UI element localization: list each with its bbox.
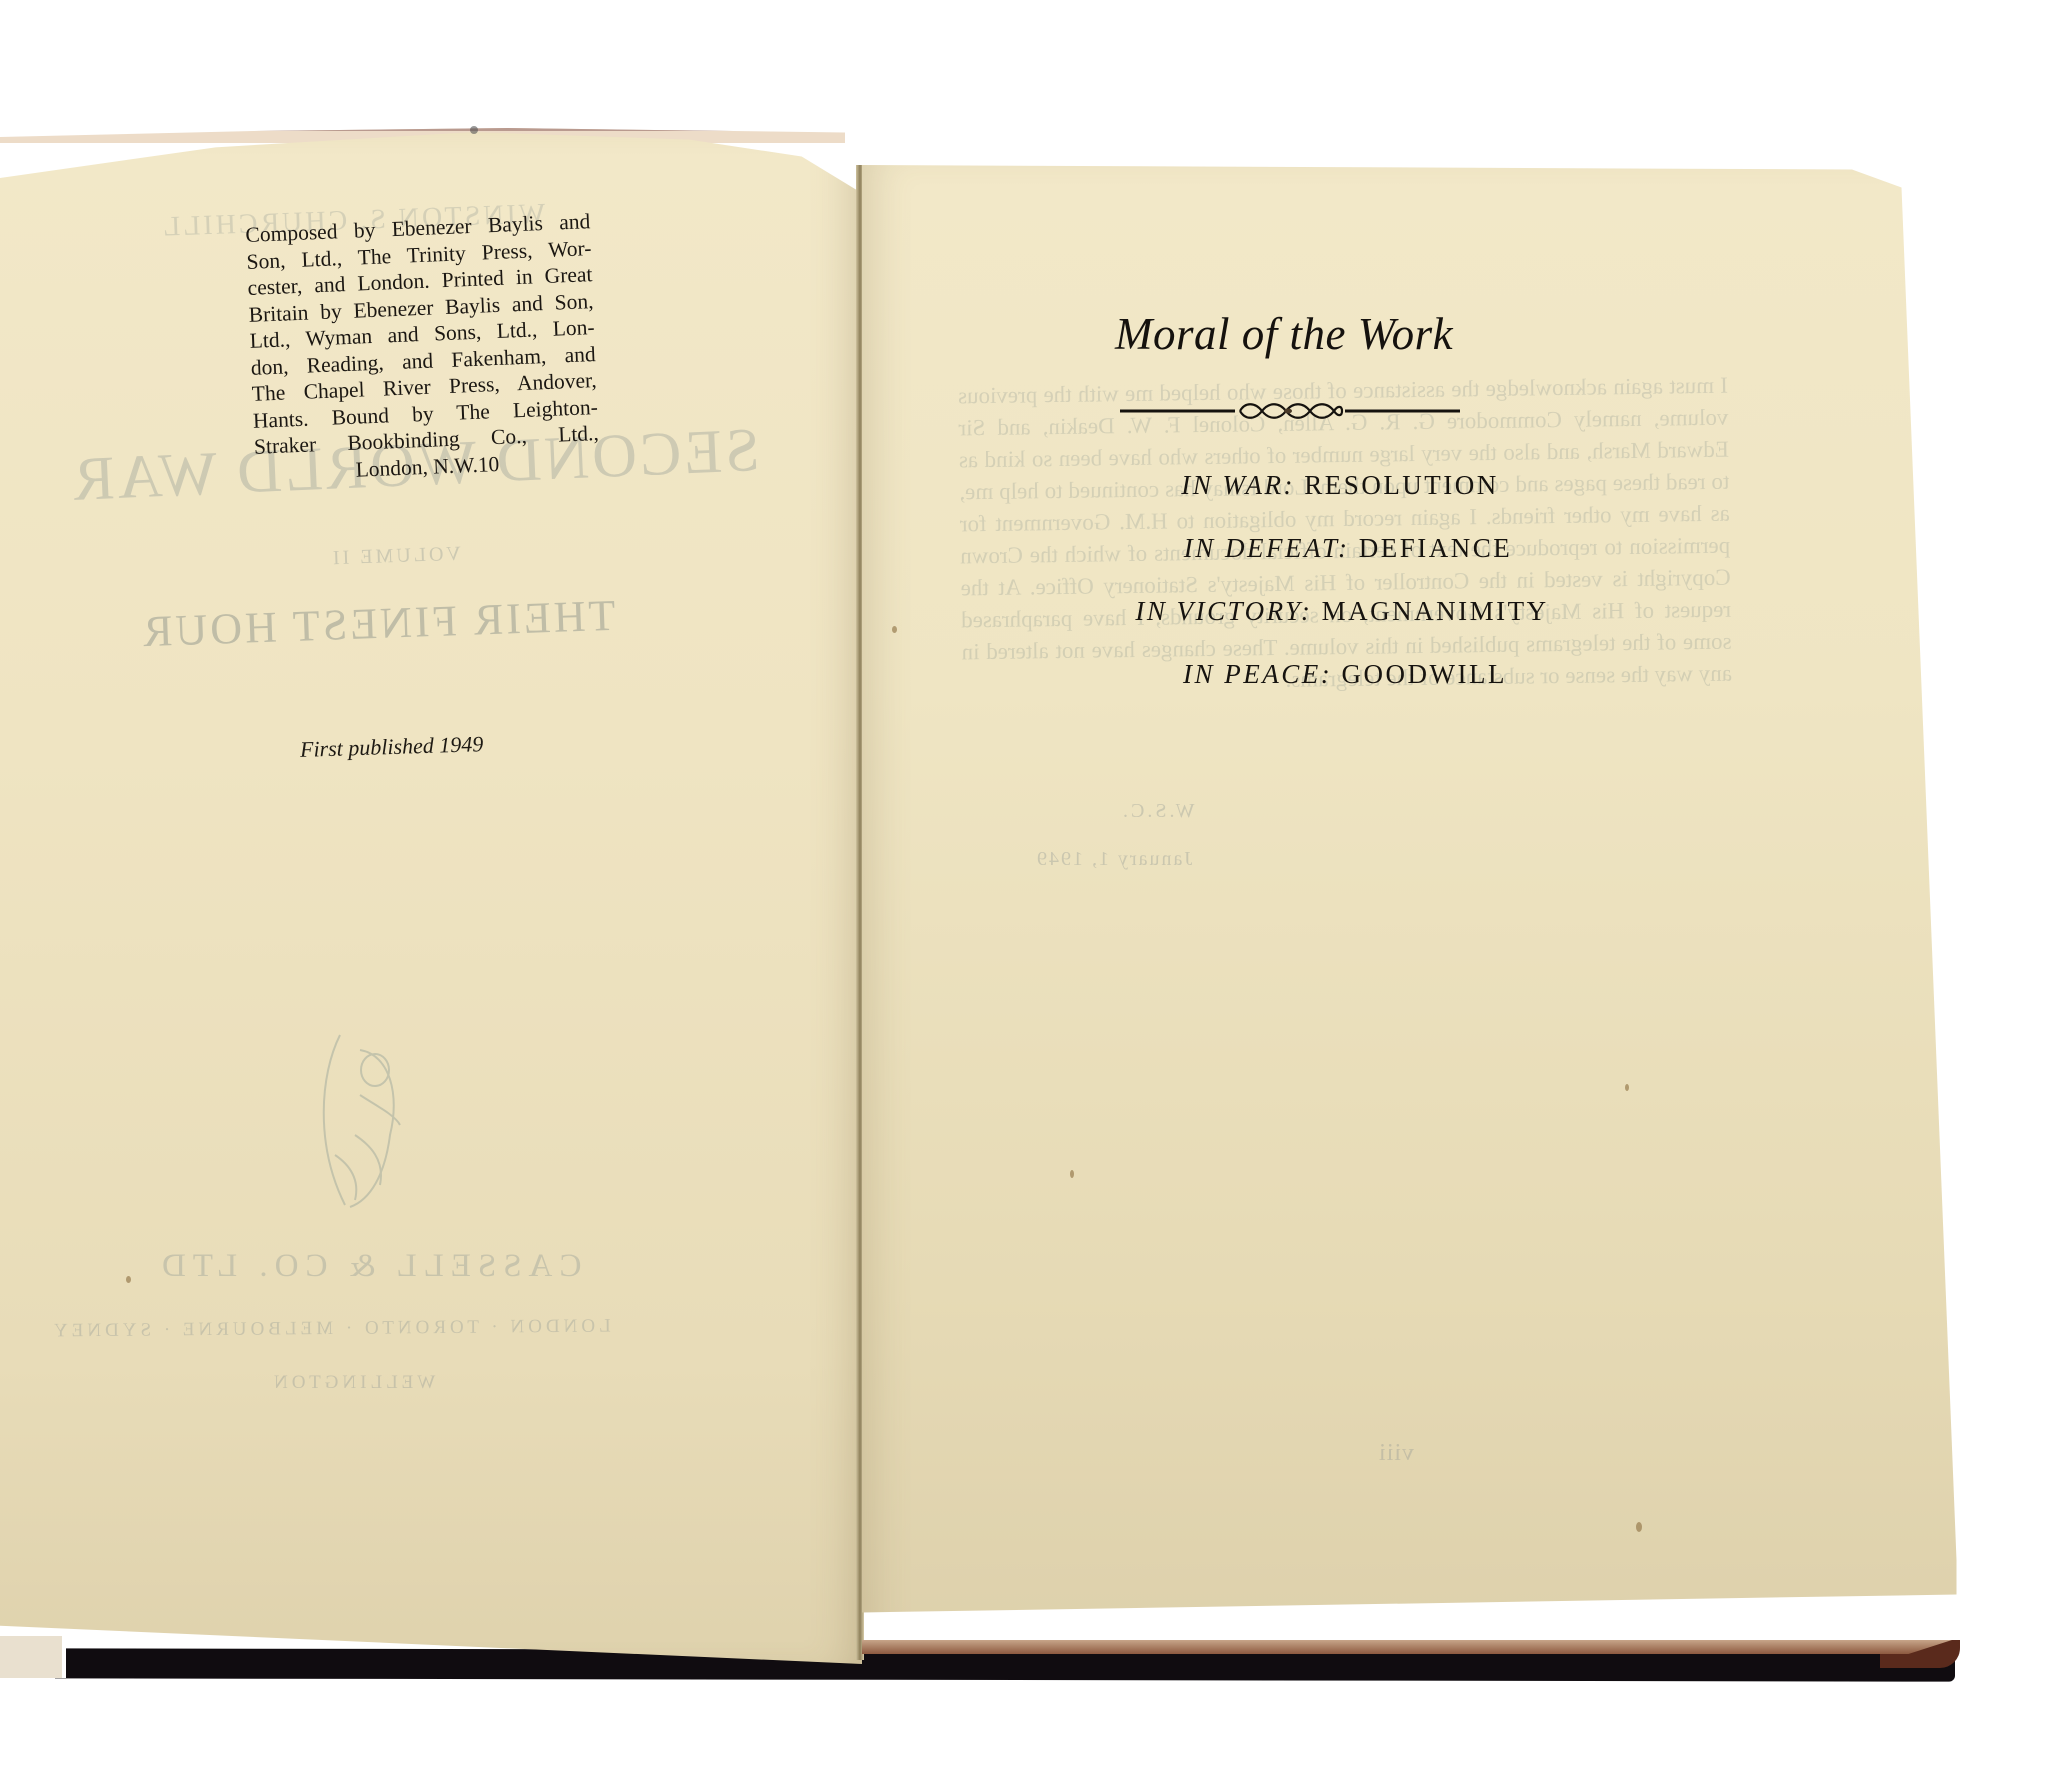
creed-value: RESOLUTION: [1304, 470, 1499, 500]
creed-value: MAGNANIMITY: [1322, 596, 1549, 626]
creed-item: IN WAR: RESOLUTION: [1070, 470, 1610, 533]
ghost-date: January 1, 1949: [1035, 848, 1192, 871]
dust-jacket-flap: [0, 1636, 66, 1678]
paper-speck: [126, 1276, 131, 1283]
paper-speck: [470, 126, 478, 134]
creed-item: IN DEFEAT: DEFIANCE: [1078, 533, 1618, 596]
right-page-bottom-edge: [862, 1640, 1952, 1654]
creed-label: IN VICTORY:: [1135, 596, 1312, 626]
ghost-signature: W.S.C.: [1120, 800, 1195, 823]
ghost-city-last: WELLINGTON: [270, 1372, 435, 1394]
paper-speck: [1625, 1084, 1629, 1091]
printer-imprint: Composed by Ebenezer Baylis and Son, Ltd…: [245, 208, 600, 487]
book-photo: WINSTON S. CHURCHILL SECOND WORLD WAR VO…: [0, 0, 2048, 1781]
rope-knot-ornament-icon: [1120, 398, 1460, 424]
page-heading: Moral of the Work: [1115, 308, 1453, 360]
ghost-page-number: viii: [1378, 1440, 1414, 1467]
paper-speck: [1070, 1170, 1074, 1178]
ghost-publisher: CASSELL & CO. LTD: [155, 1248, 581, 1285]
creed-label: IN WAR:: [1181, 470, 1295, 500]
moral-creed-list: IN WAR: RESOLUTION IN DEFEAT: DEFIANCE I…: [1080, 470, 1620, 722]
creed-label: IN PEACE:: [1183, 659, 1332, 689]
ghost-volume: VOLUME II: [330, 543, 462, 571]
ghost-publisher-emblem-icon: [300, 1025, 430, 1215]
paper-speck: [892, 626, 897, 633]
creed-value: DEFIANCE: [1359, 533, 1513, 563]
creed-value: GOODWILL: [1342, 659, 1507, 689]
creed-item: IN PEACE: GOODWILL: [1075, 659, 1615, 722]
creed-label: IN DEFEAT:: [1184, 533, 1350, 563]
paper-speck: [1636, 1522, 1642, 1532]
creed-item: IN VICTORY: MAGNANIMITY: [1072, 596, 1612, 659]
